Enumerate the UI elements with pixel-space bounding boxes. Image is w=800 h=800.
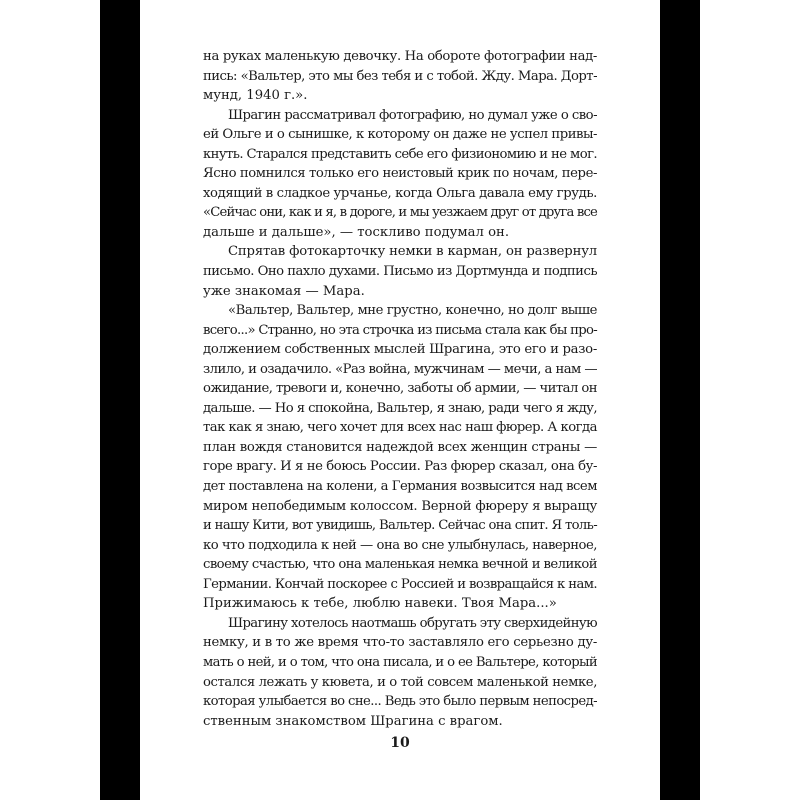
scan-border-left [100, 0, 140, 800]
text-line: на руках маленькую девочку. На обороте ф… [203, 47, 597, 67]
text-line: дальше. — Но я спокойна, Вальтер, я знаю… [203, 399, 597, 419]
page-number: 10 [140, 735, 660, 751]
text-line: ственным знакомством Шрагина с врагом. [203, 712, 597, 732]
scan-border-right [660, 0, 700, 800]
text-line: уже знакомая — Мара. [203, 282, 597, 302]
paragraph: на руках маленькую девочку. На обороте ф… [203, 47, 597, 106]
text-line: дет поставлена на колени, а Германия воз… [203, 477, 597, 497]
text-line: Германии. Кончай поскорее с Россией и во… [203, 575, 597, 595]
text-line: дальше и дальше», — тоскливо подумал он. [203, 223, 597, 243]
text-line: «Вальтер, Вальтер, мне грустно, конечно,… [203, 301, 597, 321]
text-line: должением собственных мыслей Шрагина, эт… [203, 340, 597, 360]
text-line: ходящий в сладкое урчанье, когда Ольга д… [203, 184, 597, 204]
text-line: всего...» Странно, но эта строчка из пис… [203, 321, 597, 341]
text-line: мать о ней, и о том, что она писала, и о… [203, 653, 597, 673]
paragraph: «Вальтер, Вальтер, мне грустно, конечно,… [203, 301, 597, 614]
text-line: своему счастью, что она маленькая немка … [203, 555, 597, 575]
text-line: так как я знаю, чего хочет для всех нас … [203, 418, 597, 438]
text-line: Прижимаюсь к тебе, люблю навеки. Твоя Ма… [203, 594, 597, 614]
text-line: Ясно помнился только его неистовый крик … [203, 164, 597, 184]
text-line: ожидание, тревоги и, конечно, заботы об … [203, 379, 597, 399]
text-line: Шрагин рассматривал фотографию, но думал… [203, 106, 597, 126]
text-line: Спрятав фотокарточку немки в карман, он … [203, 242, 597, 262]
text-line: миром непобедимым колоссом. Верной фюрер… [203, 497, 597, 517]
paragraph: Шрагину хотелось наотмашь обругать эту с… [203, 614, 597, 731]
text-line: мунд, 1940 г.». [203, 86, 597, 106]
text-line: пись: «Вальтер, это мы без тебя и с тобо… [203, 67, 597, 87]
text-line: злило, и озадачило. «Раз война, мужчинам… [203, 360, 597, 380]
text-line: которая улыбается во сне... Ведь это был… [203, 692, 597, 712]
text-line: кнуть. Старался представить себе его физ… [203, 145, 597, 165]
text-line: план вождя становится надеждой всех женщ… [203, 438, 597, 458]
text-line: ей Ольге и о сынишке, к которому он даже… [203, 125, 597, 145]
paragraph: Шрагин рассматривал фотографию, но думал… [203, 106, 597, 243]
text-line: письмо. Оно пахло духами. Письмо из Дорт… [203, 262, 597, 282]
text-line: немку, и в то же время что-то заставляло… [203, 633, 597, 653]
text-line: остался лежать у кювета, и о той совсем … [203, 673, 597, 693]
text-line: Шрагину хотелось наотмашь обругать эту с… [203, 614, 597, 634]
book-page: на руках маленькую девочку. На обороте ф… [140, 0, 660, 800]
text-line: «Сейчас они, как и я, в дороге, и мы уез… [203, 203, 597, 223]
text-line: и нашу Кити, вот увидишь, Вальтер. Сейча… [203, 516, 597, 536]
page-body-text: на руках маленькую девочку. На обороте ф… [203, 47, 597, 731]
paragraph: Спрятав фотокарточку немки в карман, он … [203, 242, 597, 301]
text-line: ко что подходила к ней — она во сне улыб… [203, 536, 597, 556]
text-line: горе врагу. И я не боюсь России. Раз фюр… [203, 457, 597, 477]
